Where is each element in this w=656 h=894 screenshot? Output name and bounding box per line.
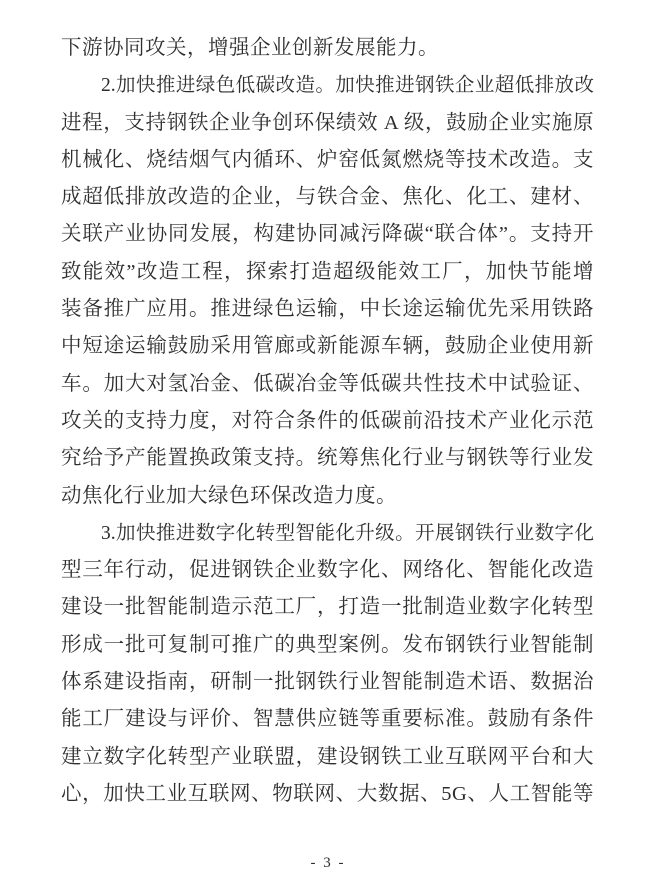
- text-line: 体系建设指南，研制一批钢铁行业智能制造术语、数据治理、智: [61, 664, 594, 701]
- text-line: 能工厂建设与评价、智慧供应链等重要标准。鼓励有条件的地方: [61, 701, 594, 738]
- text-line: 3.加快推进数字化转型智能化升级。开展钢铁行业数字化转: [61, 515, 594, 552]
- text-line: 装备推广应用。推进绿色运输，中长途运输优先采用铁路或水运，: [61, 291, 594, 328]
- document-body: 下游协同攻关，增强企业创新发展能力。 2.加快推进绿色低碳改造。加快推进钢铁企业…: [61, 30, 594, 813]
- text-line: 成超低排放改造的企业，与铁合金、焦化、化工、建材、电力等: [61, 179, 594, 216]
- text-line: 型三年行动，促进钢铁企业数字化、网络化、智能化改造升级，: [61, 552, 594, 589]
- text-line: 机械化、烧结烟气内循环、炉窑低氮燃烧等技术改造。支持已完: [61, 142, 594, 179]
- text-line: 动焦化行业加大绿色环保改造力度。: [61, 478, 594, 515]
- text-line: 攻关的支持力度，对符合条件的低碳前沿技术产业化示范项目研: [61, 403, 594, 440]
- text-line: 建设一批智能制造示范工厂，打造一批制造业数字化转型标杆，: [61, 589, 594, 626]
- page-number: - 3 -: [0, 855, 656, 872]
- text-line: 致能效”改造工程，探索打造超级能效工厂，加快节能增效技术: [61, 254, 594, 291]
- text-line: 进程，支持钢铁企业争创环保绩效 A 级，鼓励企业实施原料场: [61, 105, 594, 142]
- text-line: 建立数字化转型产业联盟，建设钢铁工业互联网平台和大数据中: [61, 739, 594, 776]
- text-line: 究给予产能置换政策支持。统筹焦化行业与钢铁等行业发展，推: [61, 440, 594, 477]
- text-line: 下游协同攻关，增强企业创新发展能力。: [61, 30, 594, 67]
- text-line: 形成一批可复制可推广的典型案例。发布钢铁行业智能制造标准: [61, 627, 594, 664]
- document-page: 下游协同攻关，增强企业创新发展能力。 2.加快推进绿色低碳改造。加快推进钢铁企业…: [0, 0, 656, 894]
- text-line: 心，加快工业互联网、物联网、大数据、5G、人工智能等新一: [61, 776, 594, 813]
- text-line: 车。加大对氢冶金、低碳冶金等低碳共性技术中试验证、产业化: [61, 366, 594, 403]
- text-line: 关联产业协同发展，构建协同减污降碳“联合体”。支持开展“极: [61, 216, 594, 253]
- text-line: 2.加快推进绿色低碳改造。加快推进钢铁企业超低排放改造: [61, 67, 594, 104]
- text-line: 中短途运输鼓励采用管廊或新能源车辆，鼓励企业使用新能源机: [61, 328, 594, 365]
